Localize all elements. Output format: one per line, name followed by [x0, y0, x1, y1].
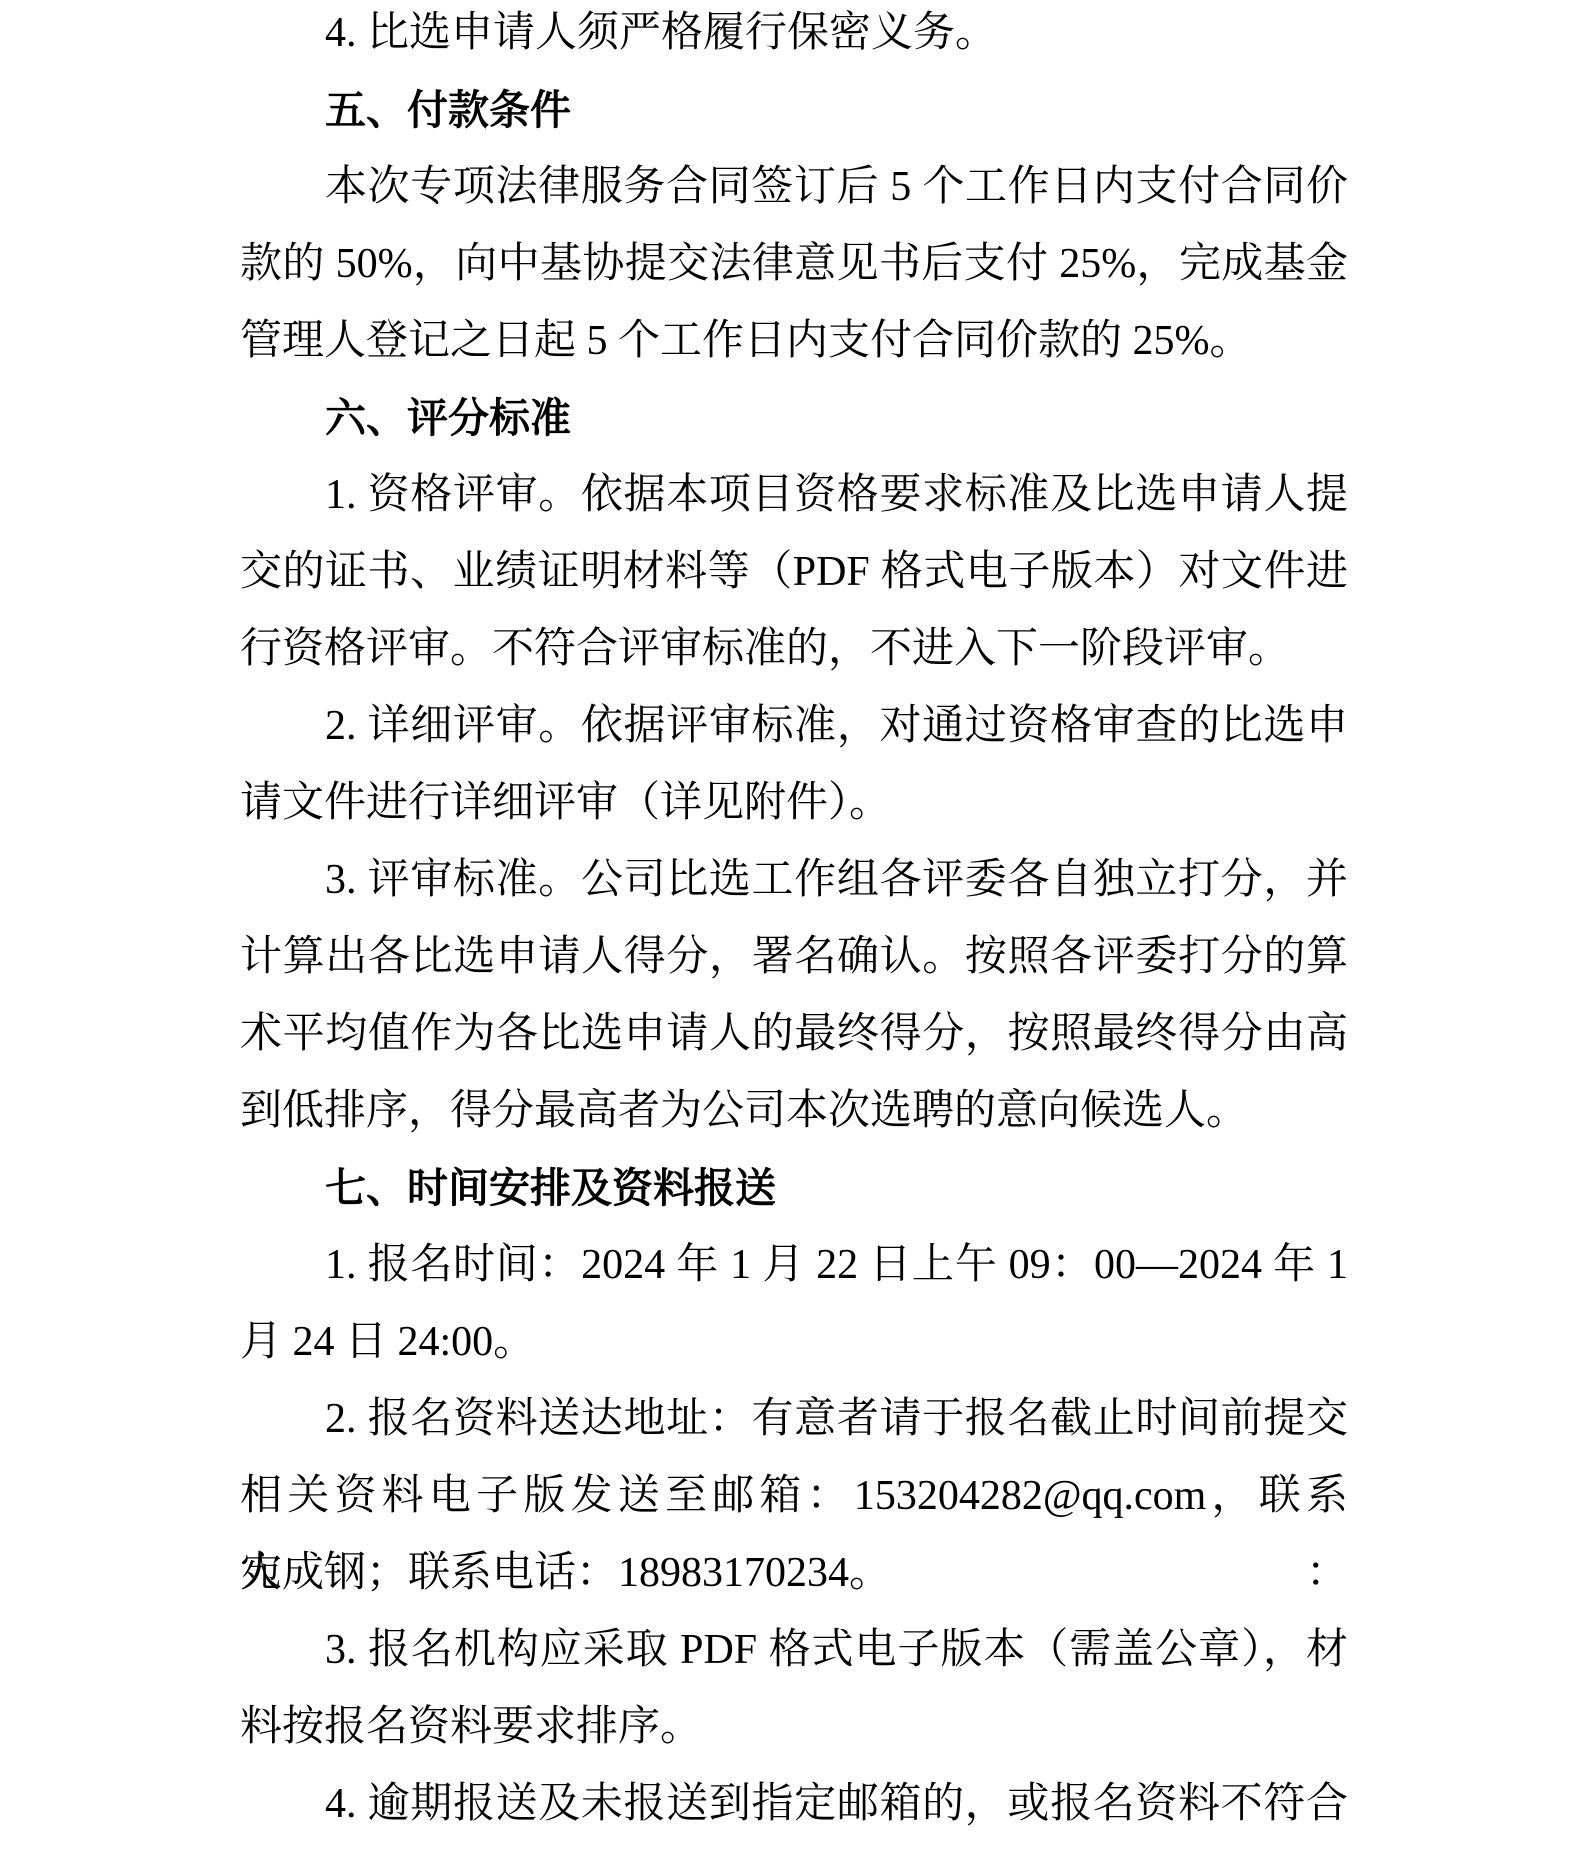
text-column: 4. 比选申请人须严格履行保密义务。 五、付款条件 本次专项法律服务合同签订后 … [240, 0, 1348, 1843]
text-line: 月 24 日 24:00。 [240, 1304, 1348, 1381]
text-line: 行资格评审。不符合评审标准的，不进入下一阶段评审。 [240, 611, 1348, 688]
text-line: 3. 评审标准。公司比选工作组各评委各自独立打分，并 [240, 842, 1348, 919]
text-line: 3. 报名机构应采取 PDF 格式电子版本（需盖公章），材 [240, 1612, 1348, 1689]
text-line: 料按报名资料要求排序。 [240, 1689, 1348, 1766]
text-line: 款的 50%，向中基协提交法律意见书后支付 25%，完成基金 [240, 226, 1348, 303]
text-line: 4. 比选申请人须严格履行保密义务。 [240, 0, 1348, 72]
text-line: 4. 逾期报送及未报送到指定邮箱的，或报名资料不符合 [240, 1766, 1348, 1843]
text-line: 相关资料电子版发送至邮箱：153204282@qq.com，联系人： [240, 1458, 1348, 1535]
text-line: 1. 资格评审。依据本项目资格要求标准及比选申请人提 [240, 457, 1348, 534]
heading-scoring-criteria: 六、评分标准 [240, 380, 1348, 457]
text-line: 2. 详细评审。依据评审标准，对通过资格审查的比选申 [240, 688, 1348, 765]
text-line: 计算出各比选申请人得分，署名确认。按照各评委打分的算 [240, 919, 1348, 996]
text-line: 术平均值作为各比选申请人的最终得分，按照最终得分由高 [240, 996, 1348, 1073]
text-line: 管理人登记之日起 5 个工作日内支付合同价款的 25%。 [240, 303, 1348, 380]
text-line: 到低排序，得分最高者为公司本次选聘的意向候选人。 [240, 1073, 1348, 1150]
text-line: 1. 报名时间：2024 年 1 月 22 日上午 09：00—2024 年 1 [240, 1227, 1348, 1304]
heading-payment-terms: 五、付款条件 [240, 72, 1348, 149]
text-line: 本次专项法律服务合同签订后 5 个工作日内支付合同价 [240, 149, 1348, 226]
text-line: 2. 报名资料送达地址：有意者请于报名截止时间前提交 [240, 1381, 1348, 1458]
heading-schedule-and-submission: 七、时间安排及资料报送 [240, 1150, 1348, 1227]
text-line: 交的证书、业绩证明材料等（PDF 格式电子版本）对文件进 [240, 534, 1348, 611]
text-line: 请文件进行详细评审（详见附件）。 [240, 765, 1348, 842]
document-page: 4. 比选申请人须严格履行保密义务。 五、付款条件 本次专项法律服务合同签订后 … [0, 0, 1585, 1860]
